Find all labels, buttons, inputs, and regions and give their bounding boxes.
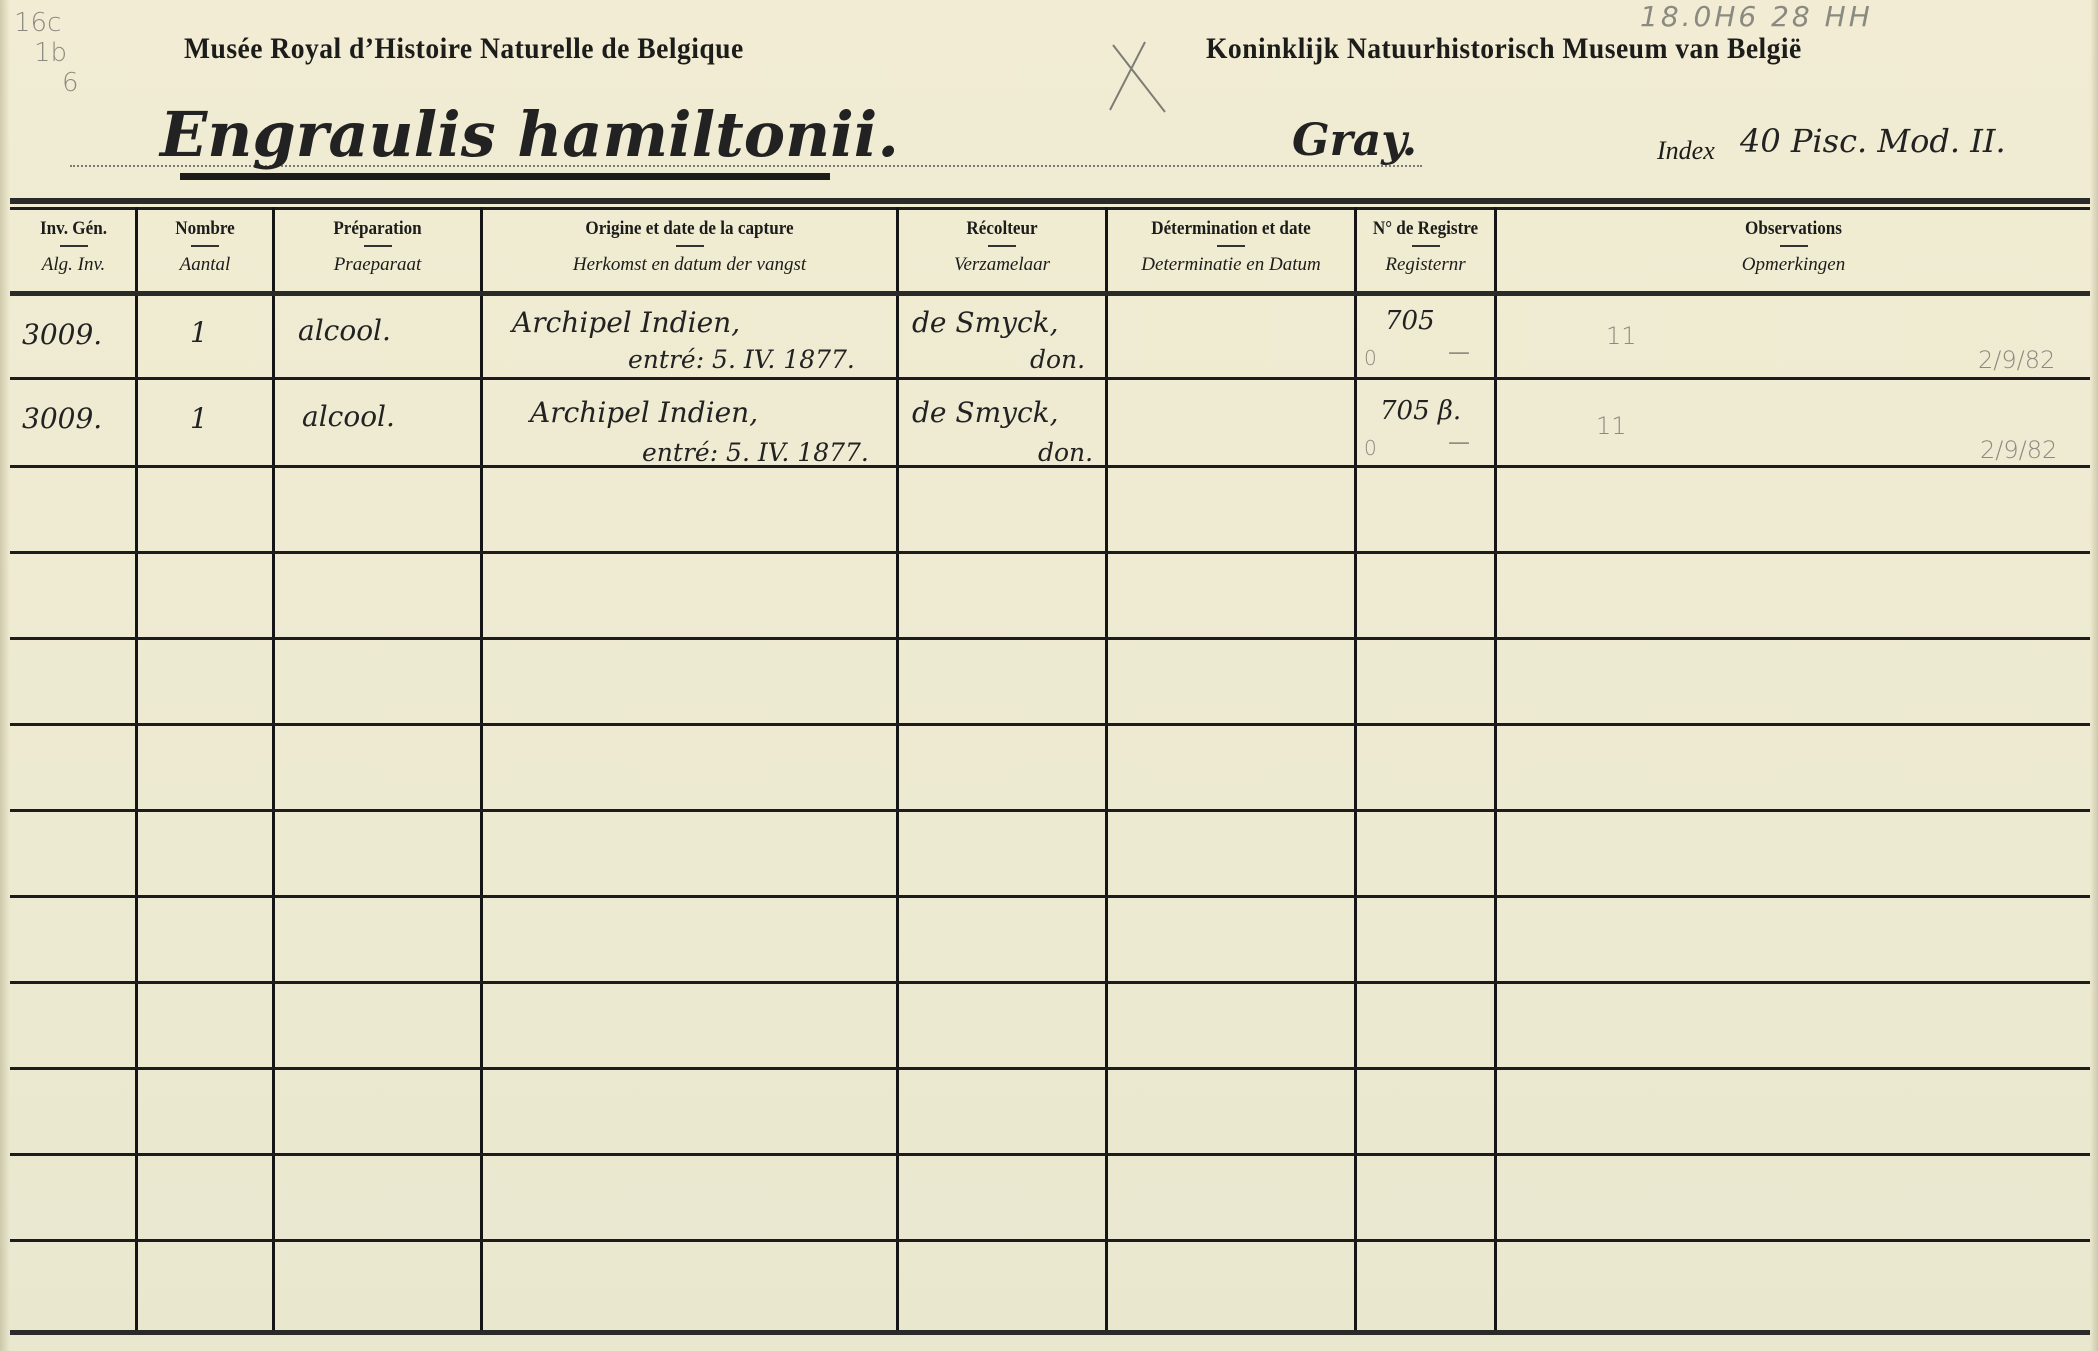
cell-register: 705 β. (1380, 396, 1461, 426)
cell-preparation: alcool. (302, 400, 395, 433)
cell-obs-date: 2/9/82 (1978, 346, 2055, 374)
column-header-register: N° de Registre Registernr (1357, 217, 1494, 277)
column-header-inv: Inv. Gén. Alg. Inv. (12, 217, 135, 277)
row-divider (10, 1067, 2090, 1070)
cell-obs-date: 2/9/82 (1980, 436, 2057, 464)
cell-collector-line1: de Smyck, (912, 306, 1059, 339)
pencil-note-2: 1b (14, 38, 79, 68)
species-name: Engraulis hamiltonii. (160, 98, 899, 171)
header-bottom-rule (10, 291, 2090, 296)
header-nl: Opmerkingen (1497, 253, 2090, 277)
header-nl: Aantal (138, 253, 272, 277)
row-divider (10, 377, 2090, 380)
header-fr: Récolteur (909, 217, 1094, 241)
cell-origin-line2: entré: 5. IV. 1877. (628, 345, 855, 374)
column-header-origin: Origine et date de la capture Herkomst e… (483, 217, 896, 277)
column-divider (1494, 207, 1497, 1332)
card-edge-right (2090, 0, 2098, 1351)
header-fr: Détermination et date (1120, 217, 1341, 241)
cell-obs-mark: 11 (1596, 412, 1627, 440)
header-nl: Alg. Inv. (12, 253, 135, 277)
header-fr: Inv. Gén. (18, 217, 129, 241)
column-divider (272, 207, 275, 1332)
cell-origin-line1: Archipel Indien, (530, 396, 758, 429)
header-dash (191, 245, 219, 247)
cell-collector-line1: de Smyck, (912, 396, 1059, 429)
column-header-observations: Observations Opmerkingen (1497, 217, 2090, 277)
title-french: Musée Royal d’Histoire Naturelle de Belg… (184, 32, 744, 66)
row-divider (10, 809, 2090, 812)
column-header-preparation: Préparation Praeparaat (275, 217, 480, 277)
column-divider (135, 207, 138, 1332)
cell-register-dash: — (1448, 430, 1470, 455)
title-dutch: Koninklijk Natuurhistorisch Museum van B… (1206, 32, 1802, 66)
cell-inv: 3009. (22, 402, 102, 435)
cell-collector-line2: don. (1030, 345, 1085, 374)
card-edge-left (0, 0, 10, 1351)
header-dash (1412, 245, 1440, 247)
cell-count: 1 (190, 402, 208, 435)
row-divider (10, 981, 2090, 984)
pencil-cross-mark-icon (1105, 40, 1175, 115)
column-divider (896, 207, 899, 1332)
header-nl: Verzamelaar (899, 253, 1105, 277)
row-divider (10, 895, 2090, 898)
column-divider (480, 207, 483, 1332)
header-rule-thick (10, 198, 2090, 204)
row-divider (10, 1153, 2090, 1156)
header-dash (988, 245, 1016, 247)
cell-register-mark: 0 (1364, 346, 1377, 370)
row-divider (10, 637, 2090, 640)
column-divider (1105, 207, 1108, 1332)
column-header-collector: Récolteur Verzamelaar (899, 217, 1105, 277)
header-rule-thin (10, 207, 2090, 210)
cell-register: 705 (1385, 306, 1435, 336)
cell-inv: 3009. (22, 318, 102, 351)
header-nl: Praeparaat (275, 253, 480, 277)
column-divider (1354, 207, 1357, 1332)
cell-obs-mark: 11 (1606, 322, 1637, 350)
row-divider (10, 1239, 2090, 1242)
header-fr: N° de Registre (1364, 217, 1487, 241)
index-label: Index (1657, 136, 1715, 166)
header-dash (676, 245, 704, 247)
cell-origin-line2: entré: 5. IV. 1877. (642, 438, 869, 467)
column-header-count: Nombre Aantal (138, 217, 272, 277)
header-nl: Registernr (1357, 253, 1494, 277)
header-dash (364, 245, 392, 247)
column-header-determination: Détermination et date Determinatie en Da… (1108, 217, 1354, 277)
cell-collector-line2: don. (1038, 438, 1093, 467)
header-fr: Nombre (145, 217, 266, 241)
cell-preparation: alcool. (298, 314, 391, 347)
cell-register-mark: 0 (1364, 436, 1377, 460)
cell-origin-line1: Archipel Indien, (512, 306, 740, 339)
index-value: 40 Pisc. Mod. II. (1740, 122, 2006, 160)
header-fr: Observations (1527, 217, 2061, 241)
species-underline (180, 173, 830, 180)
row-divider (10, 723, 2090, 726)
species-author: Gray. (1292, 115, 1417, 166)
header-fr: Préparation (285, 217, 470, 241)
catalog-card: 16c 1b 6 18.0H6 28 HH Musée Royal d’Hist… (0, 0, 2098, 1351)
pencil-note-3: 6 (14, 68, 79, 98)
header-dash (1780, 245, 1808, 247)
row-divider (10, 551, 2090, 554)
header-nl: Determinatie en Datum (1108, 253, 1354, 277)
cell-count: 1 (190, 316, 208, 349)
cell-register-dash: — (1448, 340, 1470, 365)
header-dash (60, 245, 88, 247)
pencil-top-number: 18.0H6 28 HH (1640, 0, 1873, 33)
header-nl: Herkomst en datum der vangst (483, 253, 896, 277)
table-bottom-rule (10, 1330, 2090, 1335)
header-fr: Origine et date de la capture (504, 217, 876, 241)
header-dash (1217, 245, 1245, 247)
pencil-note-1: 16c (14, 8, 79, 38)
pencil-corner-notes: 16c 1b 6 (14, 8, 79, 98)
